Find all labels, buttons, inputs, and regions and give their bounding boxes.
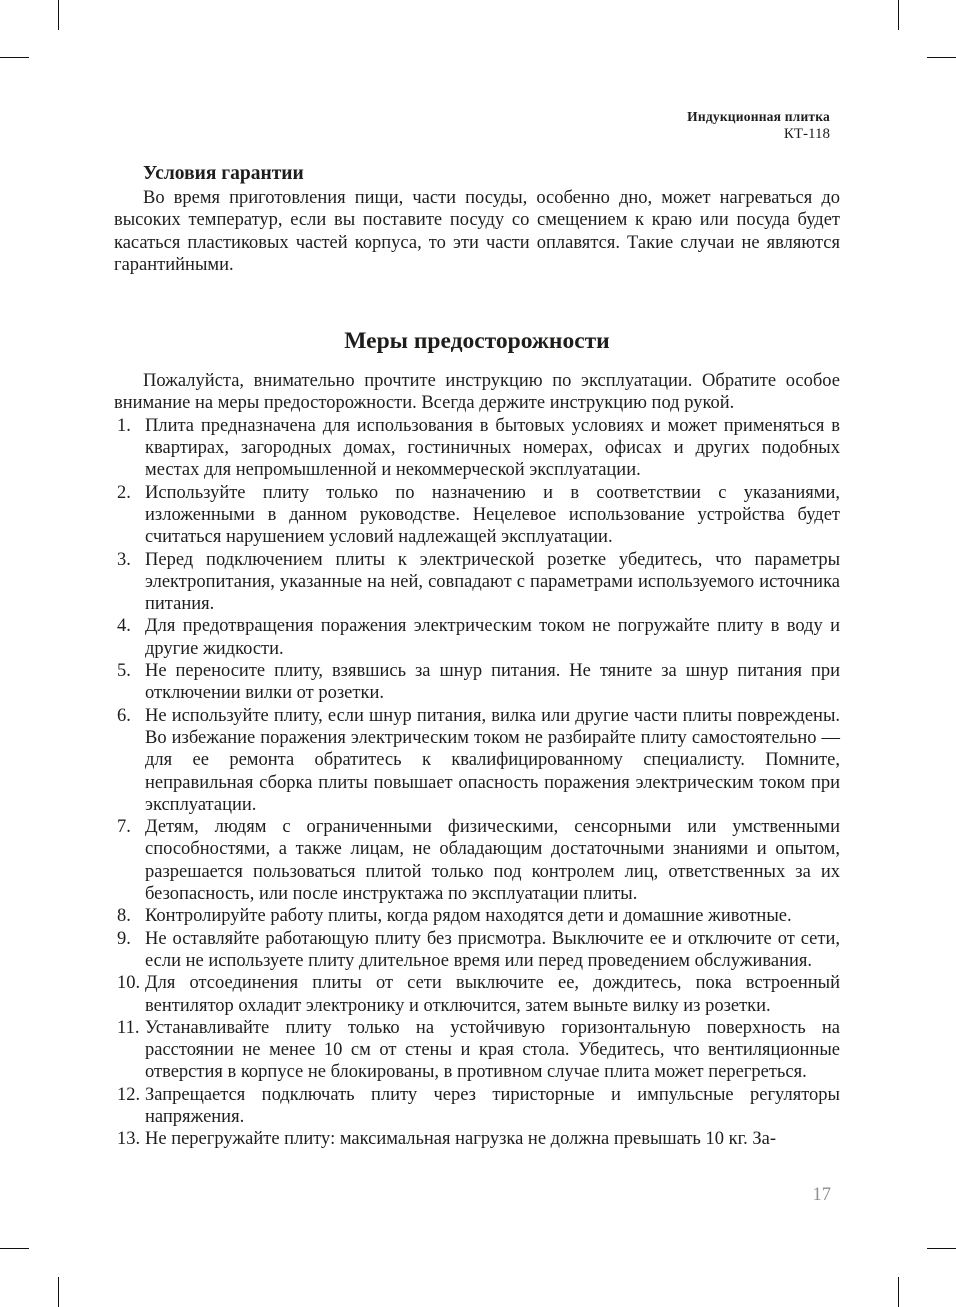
list-item: 6. Не используйте плиту, если шнур питан…: [114, 705, 840, 816]
list-item-number: 11.: [117, 1017, 139, 1039]
page-number: 17: [114, 1185, 831, 1206]
precautions-list: 1. Плита предназначена для использования…: [114, 415, 840, 1151]
page-content: Индукционная плитка КТ-118 Условия гаран…: [114, 0, 840, 1151]
list-item-number: 4.: [117, 615, 131, 637]
section-title: Меры предосторожности: [114, 327, 840, 355]
list-item-text: Детям, людям с ограниченными физическими…: [145, 816, 840, 905]
crop-mark-bottom-right-horizontal: [927, 1248, 956, 1249]
list-item-text: Контролируйте работу плиты, когда рядом …: [145, 905, 840, 927]
list-item: 10. Для отсоединения плиты от сети выклю…: [114, 972, 840, 1017]
list-item: 5. Не переносите плиту, взявшись за шнур…: [114, 660, 840, 705]
list-item: 13. Не перегружайте плиту: максимальная …: [114, 1128, 840, 1150]
list-item: 4. Для предотвращения поражения электрич…: [114, 615, 840, 660]
precautions-intro: Пожалуйста, внимательно прочтите инструк…: [114, 370, 840, 415]
list-item-number: 12.: [117, 1084, 140, 1106]
list-item-text: Перед подключением плиты к электрической…: [145, 549, 840, 616]
crop-mark-bottom-left-horizontal: [0, 1248, 29, 1249]
list-item: 12. Запрещается подключать плиту через т…: [114, 1084, 840, 1129]
list-item-text: Запрещается подключать плиту через тирис…: [145, 1084, 840, 1129]
list-item-text: Для отсоединения плиты от сети выключите…: [145, 972, 840, 1017]
list-item-text: Устанавливайте плиту только на устойчиву…: [145, 1017, 840, 1084]
list-item-number: 10.: [117, 972, 140, 994]
list-item-number: 5.: [117, 660, 131, 682]
list-item-number: 1.: [117, 415, 131, 437]
list-item-number: 2.: [117, 482, 131, 504]
list-item: 8. Контролируйте работу плиты, когда ряд…: [114, 905, 840, 927]
list-item-text: Не используйте плиту, если шнур питания,…: [145, 705, 840, 816]
crop-mark-bottom-right-vertical: [898, 1277, 899, 1307]
list-item: 2. Используйте плиту только по назначени…: [114, 482, 840, 549]
list-item-number: 9.: [117, 928, 131, 950]
list-item-text: Для предотвращения поражения электрическ…: [145, 615, 840, 660]
list-item-text: Используйте плиту только по назначению и…: [145, 482, 840, 549]
running-header: Индукционная плитка КТ-118: [114, 0, 840, 142]
list-item-number: 3.: [117, 549, 131, 571]
list-item-text: Плита предназначена для использования в …: [145, 415, 840, 482]
list-item-number: 13.: [117, 1128, 140, 1150]
list-item: 1. Плита предназначена для использования…: [114, 415, 840, 482]
crop-mark-top-left-horizontal: [0, 57, 29, 58]
list-item: 7. Детям, людям с ограниченными физическ…: [114, 816, 840, 905]
list-item: 3. Перед подключением плиты к электричес…: [114, 549, 840, 616]
list-item-number: 6.: [117, 705, 131, 727]
list-item-text: Не перегружайте плиту: максимальная нагр…: [145, 1128, 840, 1150]
crop-mark-top-right-horizontal: [927, 57, 956, 58]
model-number: КТ-118: [114, 126, 830, 142]
list-item-number: 8.: [117, 905, 131, 927]
list-item-text: Не переносите плиту, взявшись за шнур пи…: [145, 660, 840, 705]
crop-mark-bottom-left-vertical: [58, 1277, 59, 1307]
list-item: 9. Не оставляйте работающую плиту без пр…: [114, 928, 840, 973]
warranty-heading: Условия гарантии: [143, 163, 840, 185]
list-item: 11. Устанавливайте плиту только на устой…: [114, 1017, 840, 1084]
list-item-text: Не оставляйте работающую плиту без присм…: [145, 928, 840, 973]
crop-mark-top-right-vertical: [898, 0, 899, 30]
crop-mark-top-left-vertical: [58, 0, 59, 30]
product-name: Индукционная плитка: [114, 109, 830, 125]
manual-page: { "header": { "product": "Индукционная п…: [0, 0, 956, 1307]
list-item-number: 7.: [117, 816, 131, 838]
warranty-paragraph: Во время приготовления пищи, части посуд…: [114, 187, 840, 276]
